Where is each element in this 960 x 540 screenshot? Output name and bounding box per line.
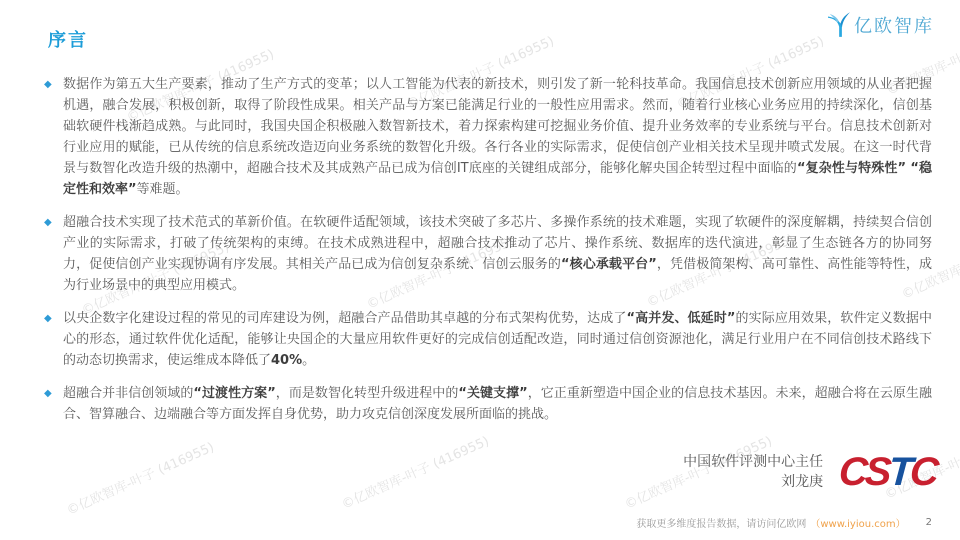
bullet-text: 数据作为第五大生产要素，推动了生产方式的变革；以人工智能为代表的新技术，则引发了… — [63, 77, 932, 197]
bullet-diamond-icon: ◆ — [44, 212, 52, 233]
watermark: ©亿欧智库-叶子 (416955) — [338, 430, 492, 512]
footer-note: 获取更多维度报告数据，请访问亿欧网 — [636, 515, 806, 530]
page-number: 2 — [926, 517, 932, 528]
eo-y-icon — [828, 12, 850, 38]
bullet-item: ◆超融合并非信创领域的“过渡性方案”，而是数智化转型升级进程中的“关键支撑”，它… — [44, 383, 932, 425]
brand-logo: 亿欧智库 — [828, 12, 934, 38]
signature-text: 中国软件评测中心主任 刘龙庚 — [683, 452, 823, 492]
cstc-letter-c: C — [909, 450, 938, 494]
bullet-list: ◆数据作为第五大生产要素，推动了生产方式的变革；以人工智能为代表的新技术，则引发… — [44, 74, 932, 437]
slide: { "page": { "title": "序言", "title_color"… — [0, 0, 960, 540]
bullet-text: 以央企数字化建设过程的常见的司库建设为例，超融合产品借助其卓越的分布式架构优势，… — [63, 311, 932, 368]
bullet-diamond-icon: ◆ — [44, 74, 52, 95]
cstc-letters-cs: CS — [838, 450, 891, 494]
bullet-item: ◆数据作为第五大生产要素，推动了生产方式的变革；以人工智能为代表的新技术，则引发… — [44, 74, 932, 200]
bullet-text: 超融合并非信创领域的“过渡性方案”，而是数智化转型升级进程中的“关键支撑”，它正… — [63, 386, 932, 422]
signature-title: 中国软件评测中心主任 — [683, 452, 823, 472]
cstc-logo: CSTC — [838, 452, 938, 492]
brand-name: 亿欧智库 — [854, 12, 934, 38]
watermark: ©亿欧智库-叶子 (416955) — [63, 436, 217, 518]
bullet-item: ◆以央企数字化建设过程的常见的司库建设为例，超融合产品借助其卓越的分布式架构优势… — [44, 308, 932, 371]
bullet-item: ◆超融合技术实现了技术范式的革新价值。在软硬件适配领域，该技术突破了多芯片、多操… — [44, 212, 932, 296]
signature-block: 中国软件评测中心主任 刘龙庚 CSTC — [683, 452, 936, 492]
bullet-text: 超融合技术实现了技术范式的革新价值。在软硬件适配领域，该技术突破了多芯片、多操作… — [63, 215, 932, 293]
bullet-diamond-icon: ◆ — [44, 308, 52, 329]
footer-link[interactable]: （www.iyiou.com） — [810, 515, 905, 530]
bullet-diamond-icon: ◆ — [44, 383, 52, 404]
page-title: 序言 — [48, 26, 88, 52]
signature-name: 刘龙庚 — [683, 472, 823, 492]
footer: 获取更多维度报告数据，请访问亿欧网 （www.iyiou.com） 2 — [636, 515, 932, 530]
